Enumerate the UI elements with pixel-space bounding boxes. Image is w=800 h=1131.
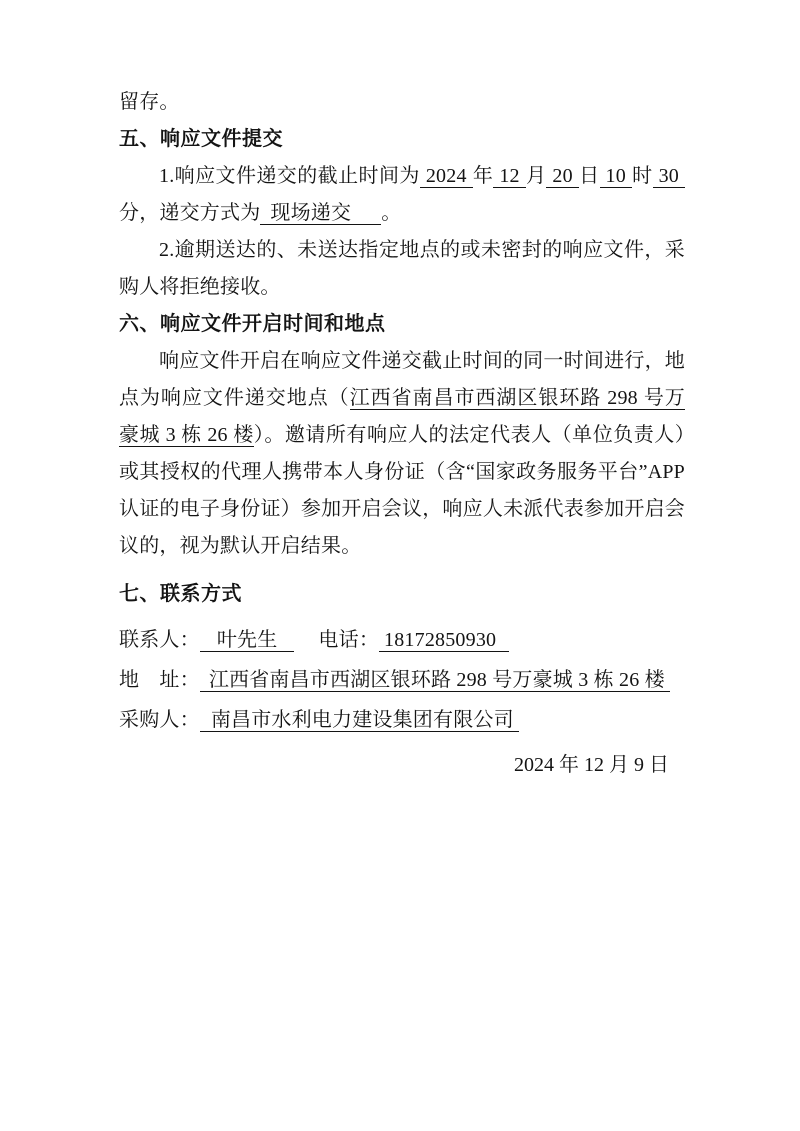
document-date: 2024 年 12 月 9 日 (119, 745, 685, 785)
paragraph-opening-info: 响应文件开启在响应文件递交截止时间的同一时间进行，地点为响应文件递交地点（江西省… (119, 343, 685, 565)
section5-heading: 五、响应文件提交 (119, 121, 685, 158)
phone-label: 电话： (318, 629, 379, 651)
paragraph-continuation: 留存。 (119, 84, 685, 121)
contact-person-label: 联系人： (119, 629, 200, 651)
document-page: 留存。 五、响应文件提交 1.响应文件递交的截止时间为2024年12月20日10… (0, 0, 800, 1131)
address-label: 地 址： (119, 669, 200, 691)
section7-heading: 七、联系方式 (119, 576, 685, 613)
deadline-year-blank: 2024 (420, 165, 473, 188)
contact-person-blank: 叶先生 (200, 629, 295, 652)
deadline-prefix: 1.响应文件递交的截止时间为 (159, 165, 420, 187)
paragraph-submission-deadline: 1.响应文件递交的截止时间为2024年12月20日10时30分，递交方式为现场递… (119, 158, 685, 232)
sentence-period: 。 (381, 202, 401, 224)
phone-number-blank: 18172850930 (379, 629, 509, 652)
submission-method-blank: 现场递交 (260, 202, 381, 225)
document-content: 留存。 五、响应文件提交 1.响应文件递交的截止时间为2024年12月20日10… (119, 84, 685, 785)
deadline-minute-unit: 分 (119, 202, 139, 224)
deadline-day-blank: 20 (546, 165, 578, 188)
purchaser-label: 采购人： (119, 709, 200, 731)
deadline-minute-blank: 30 (653, 165, 685, 188)
deadline-month-blank: 12 (493, 165, 525, 188)
contact-person-line: 联系人：叶先生电话：18172850930 (119, 620, 685, 660)
deadline-hour-unit: 时 (632, 165, 653, 187)
deadline-hour-blank: 10 (600, 165, 632, 188)
purchaser-line: 采购人：南昌市水利电力建设集团有限公司 (119, 700, 685, 740)
address-blank: 江西省南昌市西湖区银环路 298 号万豪城 3 栋 26 楼 (200, 669, 670, 692)
purchaser-blank: 南昌市水利电力建设集团有限公司 (200, 709, 519, 732)
address-line: 地 址：江西省南昌市西湖区银环路 298 号万豪城 3 栋 26 楼 (119, 660, 685, 700)
deadline-day-unit: 日 (579, 165, 600, 187)
method-lead-text: ，递交方式为 (139, 202, 260, 224)
deadline-month-unit: 月 (526, 165, 547, 187)
section6-heading: 六、响应文件开启时间和地点 (119, 306, 685, 343)
deadline-year-unit: 年 (473, 165, 494, 187)
paragraph-late-delivery: 2.逾期送达的、未送达指定地点的或未密封的响应文件，采购人将拒绝接收。 (119, 232, 685, 306)
